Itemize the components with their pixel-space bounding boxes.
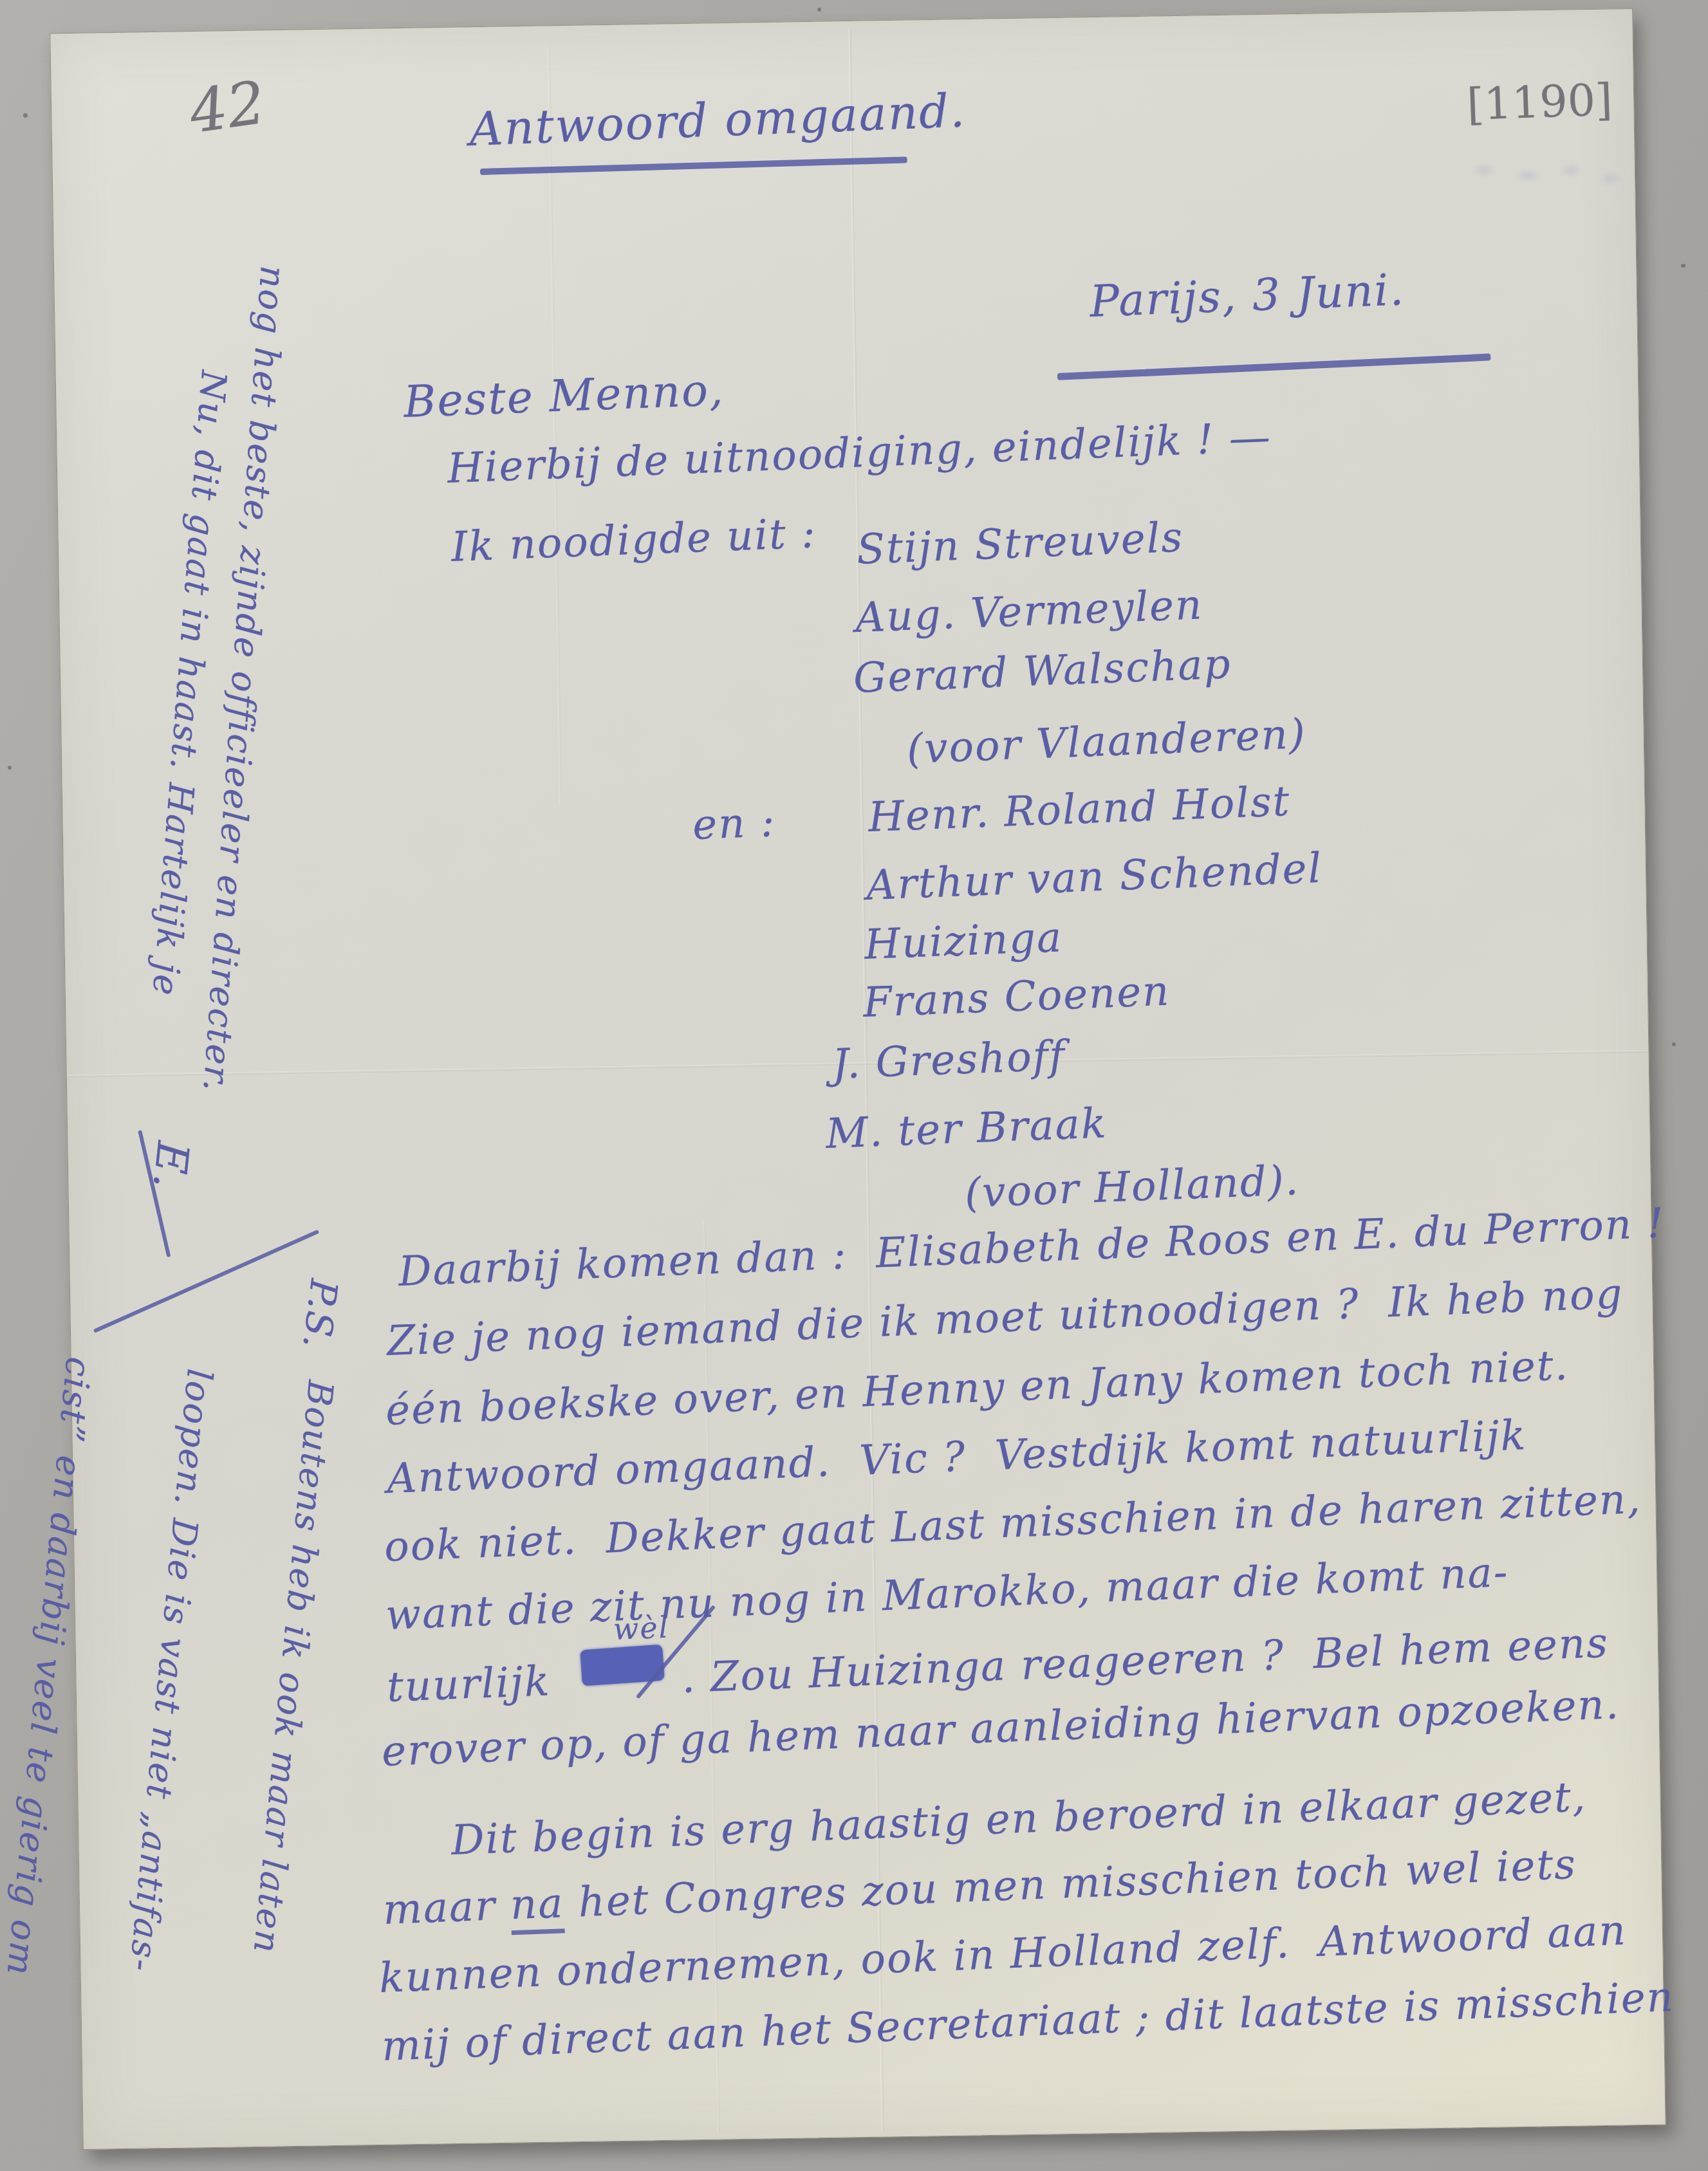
postscript-lines: Boutens heb ik ook maar laten loopen. Di… (0, 1343, 351, 2002)
inserted-correction: wèl (613, 1612, 670, 1645)
para2-l2-pre: maar (382, 1881, 512, 1934)
vertical-fold-crease (548, 45, 562, 804)
underlined-word-na: na (510, 1880, 565, 1935)
dust-speck (1681, 264, 1685, 268)
salutation: Beste Menno, (403, 367, 725, 425)
pencil-page-number: 42 (185, 68, 270, 147)
para1-line7-start: tuurlijk (386, 1660, 552, 1710)
dateline: Parijs, 3 Juni. (1089, 267, 1406, 325)
invitee-name: Frans Coenen (862, 970, 1171, 1025)
ps-line: cist” en daarbij veel te gierig om (0, 1355, 99, 1978)
ink-bleedthrough (1452, 145, 1632, 201)
en-label: en : (692, 801, 776, 847)
dust-speck (817, 8, 821, 12)
invitee-name: J. Greshoff (831, 1035, 1066, 1087)
dust-speck (23, 113, 28, 118)
ps-line: loopen. Die is vast niet „antifas- (122, 1367, 220, 1974)
invitee-name: Huizinga (864, 916, 1063, 967)
dust-speck (1672, 1042, 1676, 1046)
invitee-name: M. ter Braak (825, 1102, 1108, 1156)
pencil-archive-number: [1190] (1466, 75, 1613, 131)
postscript-label: P.S. (296, 1277, 344, 1352)
dust-speck (8, 766, 12, 770)
document-scan: { "scan": { "pencil_page_number": "42", … (0, 0, 1708, 2171)
